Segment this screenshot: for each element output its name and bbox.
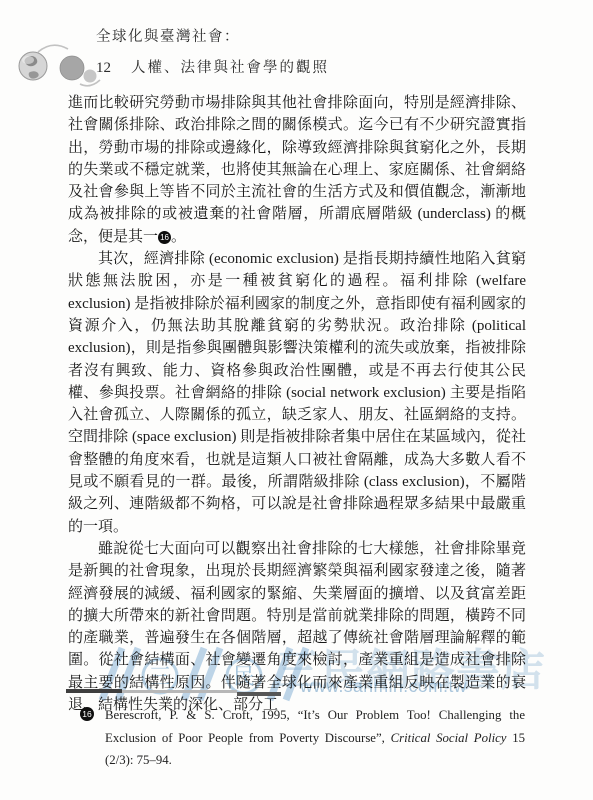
footnote: 16 Berescroft, P. & S. Croft, 1995, “It’… bbox=[66, 704, 528, 772]
footnote-ref-marker: 16 bbox=[158, 231, 171, 244]
book-title: 全球化與臺灣社會： bbox=[96, 25, 329, 46]
body-text: 進而比較研究勞動市場排除與其他社會排除面向，特別是經濟排除、社會關係排除、政治排… bbox=[68, 92, 526, 716]
book-page-scan: 全球化與臺灣社會： 12 人權、法律與社會學的觀照 三 民 三民網路書店 www… bbox=[0, 0, 593, 800]
logo-circle-large bbox=[60, 56, 84, 80]
footnote-journal-title: Critical Social Policy bbox=[391, 731, 507, 745]
page-header: 全球化與臺灣社會： 12 人權、法律與社會學的觀照 bbox=[0, 0, 593, 90]
chapter-title: 人權、法律與社會學的觀照 bbox=[131, 56, 329, 77]
footnote-number-badge: 16 bbox=[80, 707, 94, 721]
page-number: 12 bbox=[96, 60, 111, 77]
footnote-area: 16 Berescroft, P. & S. Croft, 1995, “It’… bbox=[66, 689, 528, 772]
paragraph-1-period: 。 bbox=[171, 229, 186, 245]
logo-circle-small bbox=[84, 70, 97, 83]
footnote-text: Berescroft, P. & S. Croft, 1995, “It’s O… bbox=[105, 704, 525, 772]
paragraph-2: 其次，經濟排除 (economic exclusion) 是指長期持續性地陷入貧… bbox=[68, 248, 526, 538]
footnote-separator bbox=[66, 689, 528, 695]
paragraph-1: 進而比較研究勞動市場排除與其他社會排除面向，特別是經濟排除、社會關係排除、政治排… bbox=[68, 92, 526, 248]
logo-arc-top bbox=[38, 45, 68, 52]
paragraph-1-text: 進而比較研究勞動市場排除與其他社會排除面向，特別是經濟排除、社會關係排除、政治排… bbox=[68, 95, 526, 245]
globe-icon bbox=[19, 52, 47, 80]
